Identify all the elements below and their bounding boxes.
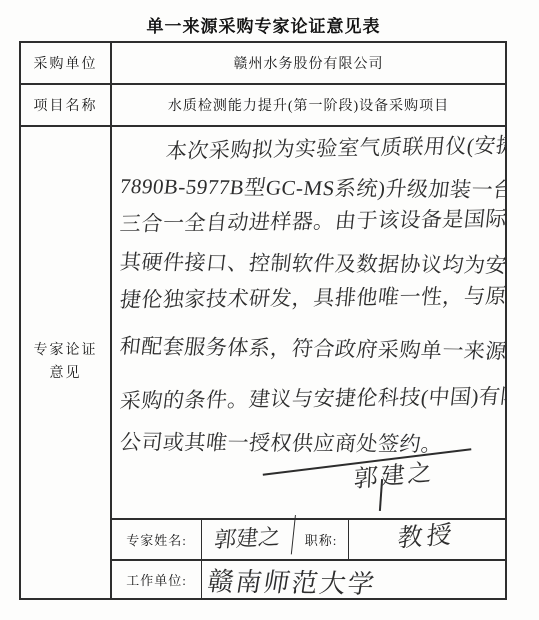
scanned-form-page: 单一来源采购专家论证意见表 采购单位 赣州水务股份有限公司 项目名称 水质检测能… <box>0 0 539 620</box>
table-row-work-unit: 工作单位: 赣南师范大学 <box>112 561 505 598</box>
work-unit-label: 工作单位: <box>112 561 202 598</box>
purchasing-unit-value: 赣州水务股份有限公司 <box>112 43 505 83</box>
handwritten-opinion-line: 其硬件接口、控制软件及数据协议均为安 <box>119 249 505 278</box>
expert-name-label: 专家姓名: <box>112 520 202 559</box>
table-row-project-name: 项目名称 水质检测能力提升(第一阶段)设备采购项目 <box>21 85 505 127</box>
handwritten-opinion-line: 本次采购拟为实验室气质联用仪(安捷伦 <box>119 132 505 165</box>
job-title-label: 职称: <box>294 520 349 559</box>
handwritten-opinion-line: 7890B-5977B型GC-MS系统)升级加装一台 <box>118 173 505 203</box>
project-name-label: 项目名称 <box>21 85 112 125</box>
table-row-expert-opinion: 专家论证意见 本次采购拟为实验室气质联用仪(安捷伦 7890B-5977B型GC… <box>21 127 505 598</box>
handwritten-opinion-area: 本次采购拟为实验室气质联用仪(安捷伦 7890B-5977B型GC-MS系统)升… <box>112 127 505 520</box>
opinion-form-table: 采购单位 赣州水务股份有限公司 项目名称 水质检测能力提升(第一阶段)设备采购项… <box>19 41 507 600</box>
project-name-value: 水质检测能力提升(第一阶段)设备采购项目 <box>112 85 505 125</box>
expert-signature: 郭建之 <box>353 452 436 494</box>
table-row-expert-name-title: 专家姓名: 郭建之 职称: 教授 <box>112 520 505 561</box>
handwritten-opinion-line: 和配套服务体系，符合政府采购单一来源 <box>118 333 505 364</box>
document-title: 单一来源采购专家论证意见表 <box>0 12 527 37</box>
handwritten-opinion-line: 三合一全自动进样器。由于该设备是国际品牌， <box>119 206 505 237</box>
expert-opinion-content: 本次采购拟为实验室气质联用仪(安捷伦 7890B-5977B型GC-MS系统)升… <box>112 127 505 598</box>
handwritten-opinion-line: 捷伦独家技术研发，具排他唯一性，与原厂设备 <box>119 283 505 313</box>
expert-name-handwritten-value: 郭建之 <box>200 515 296 559</box>
handwritten-opinion-line: 采购的条件。建议与安捷伦科技(中国)有限 <box>119 383 505 414</box>
purchasing-unit-label: 采购单位 <box>21 43 112 83</box>
work-unit-handwritten-value: 赣南师范大学 <box>199 561 508 603</box>
expert-opinion-label: 专家论证意见 <box>21 127 112 598</box>
handwritten-opinion-line: 公司或其唯一授权供应商处签约。 <box>119 429 505 458</box>
table-row-purchasing-unit: 采购单位 赣州水务股份有限公司 <box>21 43 505 85</box>
